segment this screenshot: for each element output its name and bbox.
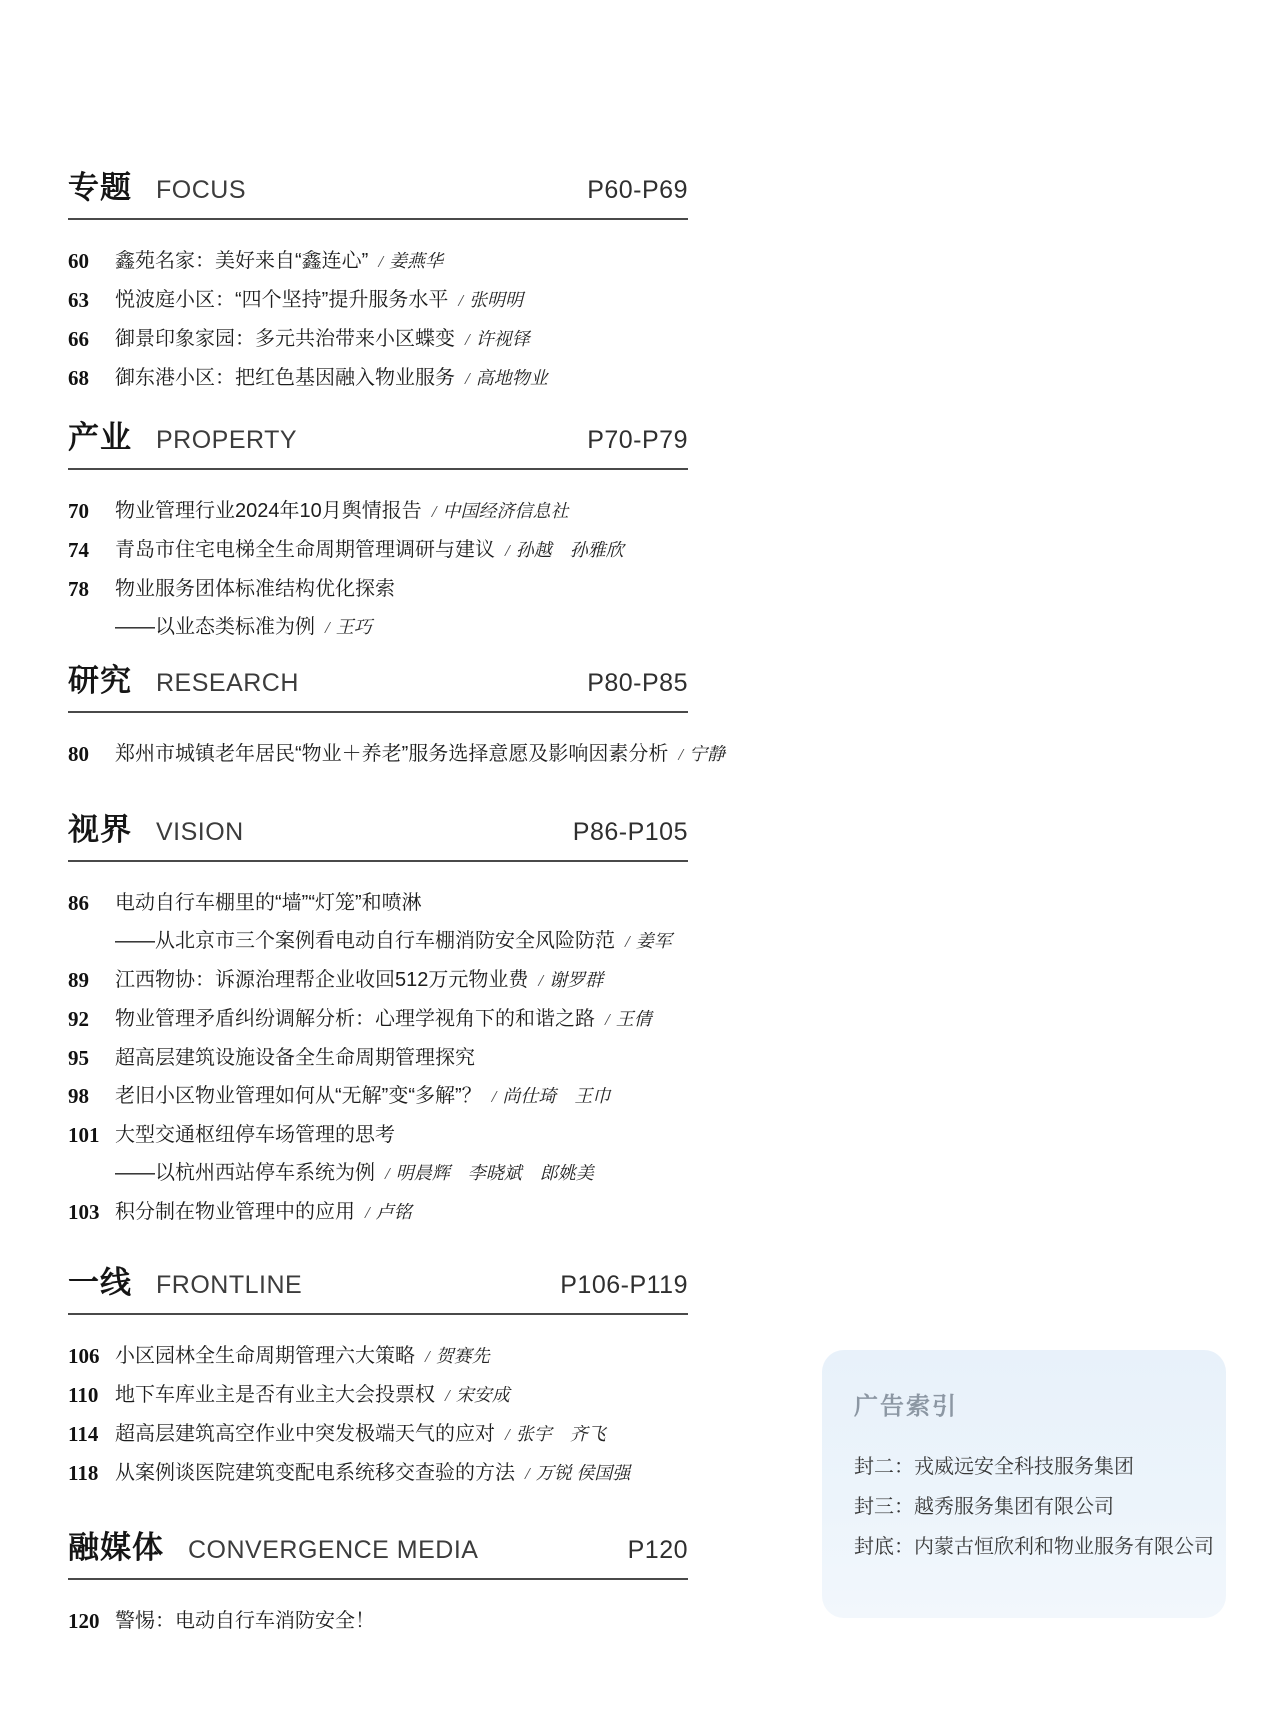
article-title-line: 警惕：电动自行车消防安全！ bbox=[115, 1602, 688, 1640]
toc-item-body: 电动自行车棚里的“墙”“灯笼”和喷淋——从北京市三个案例看电动自行车棚消防安全风… bbox=[115, 884, 688, 961]
section-title-en: VISION bbox=[156, 818, 244, 847]
article-subtitle: ——从北京市三个案例看电动自行车棚消防安全风险防范 bbox=[115, 922, 615, 960]
article-title: 警惕：电动自行车消防安全！ bbox=[115, 1602, 375, 1640]
page-number: 106 bbox=[68, 1337, 115, 1375]
page-number: 98 bbox=[68, 1077, 115, 1115]
toc-item-body: 老旧小区物业管理如何从“无解”变“多解”？/尚仕琦 王巾 bbox=[115, 1077, 688, 1116]
section-items: 80郑州市城镇老年居民“物业＋养老”服务选择意愿及影响因素分析/宁静 bbox=[68, 713, 688, 774]
slash-separator: / bbox=[325, 609, 330, 647]
section-items: 106小区园林全生命周期管理六大策略/贺赛先110地下车库业主是否有业主大会投票… bbox=[68, 1315, 688, 1493]
toc-item-body: 大型交通枢纽停车场管理的思考——以杭州西站停车系统为例/明晨辉 李晓斌 郎姚美 bbox=[115, 1116, 688, 1193]
article-title-line: 小区园林全生命周期管理六大策略/贺赛先 bbox=[115, 1337, 688, 1376]
page-number: 63 bbox=[68, 281, 115, 319]
article-title-line: 地下车库业主是否有业主大会投票权/宋安成 bbox=[115, 1376, 688, 1415]
article-author: 孙越 孙雅欣 bbox=[516, 531, 624, 569]
ad-index-entry: 封三：越秀服务集团有限公司 bbox=[854, 1487, 1194, 1527]
section-items: 86电动自行车棚里的“墙”“灯笼”和喷淋——从北京市三个案例看电动自行车棚消防安… bbox=[68, 862, 688, 1232]
toc-item-body: 超高层建筑高空作业中突发极端天气的应对/张宇 齐飞 bbox=[115, 1415, 688, 1454]
page-number: 80 bbox=[68, 735, 115, 773]
article-title: 青岛市住宅电梯全生命周期管理调研与建议 bbox=[115, 531, 495, 569]
toc-item-body: 郑州市城镇老年居民“物业＋养老”服务选择意愿及影响因素分析/宁静 bbox=[115, 735, 688, 774]
section-title-zh: 一线 bbox=[68, 1265, 132, 1301]
section-page-range: P120 bbox=[628, 1536, 688, 1565]
article-title: 御东港小区：把红色基因融入物业服务 bbox=[115, 359, 455, 397]
article-title-line: 悦波庭小区：“四个坚持”提升服务水平/张明明 bbox=[115, 281, 688, 320]
article-author: 宁静 bbox=[689, 735, 725, 773]
slash-separator: / bbox=[505, 1416, 510, 1454]
article-title: 大型交通枢纽停车场管理的思考 bbox=[115, 1116, 395, 1154]
section-title-zh: 产业 bbox=[68, 420, 132, 456]
slash-separator: / bbox=[625, 923, 630, 961]
toc-item: 114超高层建筑高空作业中突发极端天气的应对/张宇 齐飞 bbox=[68, 1415, 688, 1454]
toc-item: 78物业服务团体标准结构优化探索——以业态类标准为例/王巧 bbox=[68, 570, 688, 647]
section-title-zh: 研究 bbox=[68, 663, 132, 699]
page-number: 68 bbox=[68, 359, 115, 397]
slash-separator: / bbox=[605, 1001, 610, 1039]
toc-item-body: 御景印象家园：多元共治带来小区蝶变/许视铎 bbox=[115, 320, 688, 359]
ad-index-panel: 广告索引 封二：戎威远安全科技服务集团封三：越秀服务集团有限公司封底：内蒙古恒欣… bbox=[822, 1350, 1226, 1618]
section-header: 融媒体CONVERGENCE MEDIAP120 bbox=[68, 1530, 688, 1580]
toc-item: 66御景印象家园：多元共治带来小区蝶变/许视铎 bbox=[68, 320, 688, 359]
article-author: 贺赛先 bbox=[436, 1337, 490, 1375]
article-title: 小区园林全生命周期管理六大策略 bbox=[115, 1337, 415, 1375]
article-author: 高地物业 bbox=[476, 359, 548, 397]
section-title-en: RESEARCH bbox=[156, 669, 299, 698]
section-items: 60鑫苑名家：美好来自“鑫连心”/姜燕华63悦波庭小区：“四个坚持”提升服务水平… bbox=[68, 220, 688, 398]
article-author: 中国经济信息社 bbox=[442, 492, 568, 530]
page-number: 120 bbox=[68, 1602, 115, 1640]
slash-separator: / bbox=[492, 1078, 497, 1116]
slash-separator: / bbox=[538, 962, 543, 1000]
section-page-range: P70-P79 bbox=[587, 426, 688, 455]
article-title: 物业服务团体标准结构优化探索 bbox=[115, 570, 395, 608]
page-number: 114 bbox=[68, 1415, 115, 1453]
slash-separator: / bbox=[365, 1194, 370, 1232]
page-number: 74 bbox=[68, 531, 115, 569]
article-title: 物业管理矛盾纠纷调解分析：心理学视角下的和谐之路 bbox=[115, 1000, 595, 1038]
toc-section-research: 研究RESEARCHP80-P8580郑州市城镇老年居民“物业＋养老”服务选择意… bbox=[68, 663, 688, 774]
page-number: 110 bbox=[68, 1376, 115, 1414]
article-title-line: 鑫苑名家：美好来自“鑫连心”/姜燕华 bbox=[115, 242, 688, 281]
article-title-line: 积分制在物业管理中的应用/卢铭 bbox=[115, 1193, 688, 1232]
page-number: 89 bbox=[68, 961, 115, 999]
article-subtitle-line: ——以业态类标准为例/王巧 bbox=[115, 608, 688, 647]
article-title-line: 从案例谈医院建筑变配电系统移交查验的方法/万锐 侯国强 bbox=[115, 1454, 688, 1493]
toc-item: 68御东港小区：把红色基因融入物业服务/高地物业 bbox=[68, 359, 688, 398]
article-author: 姜军 bbox=[636, 922, 672, 960]
slash-separator: / bbox=[425, 1338, 430, 1376]
article-author: 王巧 bbox=[336, 608, 372, 646]
article-title: 御景印象家园：多元共治带来小区蝶变 bbox=[115, 320, 455, 358]
article-title-line: 老旧小区物业管理如何从“无解”变“多解”？/尚仕琦 王巾 bbox=[115, 1077, 688, 1116]
toc-item: 86电动自行车棚里的“墙”“灯笼”和喷淋——从北京市三个案例看电动自行车棚消防安… bbox=[68, 884, 688, 961]
article-title-line: 大型交通枢纽停车场管理的思考 bbox=[115, 1116, 688, 1154]
toc-section-frontline: 一线FRONTLINEP106-P119106小区园林全生命周期管理六大策略/贺… bbox=[68, 1265, 688, 1493]
article-title-line: 物业管理行业2024年10月舆情报告/中国经济信息社 bbox=[115, 492, 688, 531]
section-header: 产业PROPERTYP70-P79 bbox=[68, 420, 688, 470]
section-items: 70物业管理行业2024年10月舆情报告/中国经济信息社74青岛市住宅电梯全生命… bbox=[68, 470, 688, 647]
toc-section-focus: 专题FOCUSP60-P6960鑫苑名家：美好来自“鑫连心”/姜燕华63悦波庭小… bbox=[68, 170, 688, 398]
slash-separator: / bbox=[465, 360, 470, 398]
slash-separator: / bbox=[505, 532, 510, 570]
toc-section-property: 产业PROPERTYP70-P7970物业管理行业2024年10月舆情报告/中国… bbox=[68, 420, 688, 647]
section-items: 120警惕：电动自行车消防安全！ bbox=[68, 1580, 688, 1640]
toc-item-body: 江西物协：诉源治理帮企业收回512万元物业费/谢罗群 bbox=[115, 961, 688, 1000]
toc-item-body: 御东港小区：把红色基因融入物业服务/高地物业 bbox=[115, 359, 688, 398]
page-number: 101 bbox=[68, 1116, 115, 1154]
section-title-zh: 专题 bbox=[68, 170, 132, 206]
section-header: 专题FOCUSP60-P69 bbox=[68, 170, 688, 220]
article-subtitle-line: ——从北京市三个案例看电动自行车棚消防安全风险防范/姜军 bbox=[115, 922, 688, 961]
article-title: 悦波庭小区：“四个坚持”提升服务水平 bbox=[115, 281, 448, 319]
article-title-line: 御景印象家园：多元共治带来小区蝶变/许视铎 bbox=[115, 320, 688, 359]
ad-index-title: 广告索引 bbox=[854, 1386, 1194, 1421]
toc-item: 74青岛市住宅电梯全生命周期管理调研与建议/孙越 孙雅欣 bbox=[68, 531, 688, 570]
toc-item: 89江西物协：诉源治理帮企业收回512万元物业费/谢罗群 bbox=[68, 961, 688, 1000]
slash-separator: / bbox=[432, 493, 437, 531]
section-title-en: CONVERGENCE MEDIA bbox=[188, 1536, 478, 1565]
toc-section-vision: 视界VISIONP86-P10586电动自行车棚里的“墙”“灯笼”和喷淋——从北… bbox=[68, 812, 688, 1232]
section-title-en: PROPERTY bbox=[156, 426, 297, 455]
toc-item-body: 警惕：电动自行车消防安全！ bbox=[115, 1602, 688, 1640]
ad-index-entries: 封二：戎威远安全科技服务集团封三：越秀服务集团有限公司封底：内蒙古恒欣利和物业服… bbox=[854, 1447, 1194, 1567]
toc-item-body: 从案例谈医院建筑变配电系统移交查验的方法/万锐 侯国强 bbox=[115, 1454, 688, 1493]
article-title: 地下车库业主是否有业主大会投票权 bbox=[115, 1376, 435, 1414]
article-author: 许视铎 bbox=[476, 320, 530, 358]
toc-item: 92物业管理矛盾纠纷调解分析：心理学视角下的和谐之路/王倩 bbox=[68, 1000, 688, 1039]
article-author: 尚仕琦 王巾 bbox=[502, 1077, 610, 1115]
toc-section-media: 融媒体CONVERGENCE MEDIAP120120警惕：电动自行车消防安全！ bbox=[68, 1530, 688, 1640]
toc-item-body: 物业服务团体标准结构优化探索——以业态类标准为例/王巧 bbox=[115, 570, 688, 647]
toc-item: 63悦波庭小区：“四个坚持”提升服务水平/张明明 bbox=[68, 281, 688, 320]
article-author: 张明明 bbox=[469, 281, 523, 319]
toc-item: 70物业管理行业2024年10月舆情报告/中国经济信息社 bbox=[68, 492, 688, 531]
toc-item-body: 地下车库业主是否有业主大会投票权/宋安成 bbox=[115, 1376, 688, 1415]
article-title: 超高层建筑高空作业中突发极端天气的应对 bbox=[115, 1415, 495, 1453]
toc-item-body: 物业管理矛盾纠纷调解分析：心理学视角下的和谐之路/王倩 bbox=[115, 1000, 688, 1039]
slash-separator: / bbox=[678, 736, 683, 774]
article-title: 鑫苑名家：美好来自“鑫连心” bbox=[115, 242, 368, 280]
article-title: 郑州市城镇老年居民“物业＋养老”服务选择意愿及影响因素分析 bbox=[115, 735, 668, 773]
toc-item: 101大型交通枢纽停车场管理的思考——以杭州西站停车系统为例/明晨辉 李晓斌 郎… bbox=[68, 1116, 688, 1193]
article-title: 物业管理行业2024年10月舆情报告 bbox=[115, 492, 422, 530]
article-author: 王倩 bbox=[616, 1000, 652, 1038]
page-number: 92 bbox=[68, 1000, 115, 1038]
slash-separator: / bbox=[458, 282, 463, 320]
article-subtitle-line: ——以杭州西站停车系统为例/明晨辉 李晓斌 郎姚美 bbox=[115, 1154, 688, 1193]
section-title-zh: 视界 bbox=[68, 812, 132, 848]
page-number: 70 bbox=[68, 492, 115, 530]
toc-item-body: 青岛市住宅电梯全生命周期管理调研与建议/孙越 孙雅欣 bbox=[115, 531, 688, 570]
article-author: 宋安成 bbox=[456, 1376, 510, 1414]
page-number: 78 bbox=[68, 570, 115, 608]
section-header: 一线FRONTLINEP106-P119 bbox=[68, 1265, 688, 1315]
toc-item: 95超高层建筑设施设备全生命周期管理探究 bbox=[68, 1039, 688, 1077]
toc-item: 118从案例谈医院建筑变配电系统移交查验的方法/万锐 侯国强 bbox=[68, 1454, 688, 1493]
article-title: 电动自行车棚里的“墙”“灯笼”和喷淋 bbox=[115, 884, 422, 922]
article-title: 积分制在物业管理中的应用 bbox=[115, 1193, 355, 1231]
section-page-range: P106-P119 bbox=[560, 1271, 688, 1300]
slash-separator: / bbox=[385, 1155, 390, 1193]
section-title-en: FOCUS bbox=[156, 176, 246, 205]
page-number: 95 bbox=[68, 1039, 115, 1077]
section-header: 视界VISIONP86-P105 bbox=[68, 812, 688, 862]
toc-item: 98老旧小区物业管理如何从“无解”变“多解”？/尚仕琦 王巾 bbox=[68, 1077, 688, 1116]
ad-index-entry: 封二：戎威远安全科技服务集团 bbox=[854, 1447, 1194, 1487]
article-title: 从案例谈医院建筑变配电系统移交查验的方法 bbox=[115, 1454, 515, 1492]
article-title-line: 超高层建筑设施设备全生命周期管理探究 bbox=[115, 1039, 688, 1077]
article-author: 谢罗群 bbox=[549, 961, 603, 999]
section-page-range: P86-P105 bbox=[573, 818, 688, 847]
section-title-en: FRONTLINE bbox=[156, 1271, 302, 1300]
article-subtitle: ——以业态类标准为例 bbox=[115, 608, 315, 646]
toc-item-body: 悦波庭小区：“四个坚持”提升服务水平/张明明 bbox=[115, 281, 688, 320]
page-number: 86 bbox=[68, 884, 115, 922]
toc-item-body: 超高层建筑设施设备全生命周期管理探究 bbox=[115, 1039, 688, 1077]
article-title-line: 物业管理矛盾纠纷调解分析：心理学视角下的和谐之路/王倩 bbox=[115, 1000, 688, 1039]
article-title-line: 郑州市城镇老年居民“物业＋养老”服务选择意愿及影响因素分析/宁静 bbox=[115, 735, 688, 774]
toc-item-body: 鑫苑名家：美好来自“鑫连心”/姜燕华 bbox=[115, 242, 688, 281]
toc-item-body: 物业管理行业2024年10月舆情报告/中国经济信息社 bbox=[115, 492, 688, 531]
slash-separator: / bbox=[378, 243, 383, 281]
page-number: 103 bbox=[68, 1193, 115, 1231]
toc-item: 110地下车库业主是否有业主大会投票权/宋安成 bbox=[68, 1376, 688, 1415]
article-author: 万锐 侯国强 bbox=[536, 1454, 631, 1492]
article-title-line: 电动自行车棚里的“墙”“灯笼”和喷淋 bbox=[115, 884, 688, 922]
toc-item-body: 积分制在物业管理中的应用/卢铭 bbox=[115, 1193, 688, 1232]
article-title-line: 青岛市住宅电梯全生命周期管理调研与建议/孙越 孙雅欣 bbox=[115, 531, 688, 570]
article-author: 姜燕华 bbox=[389, 242, 443, 280]
page-number: 118 bbox=[68, 1454, 115, 1492]
toc-item: 60鑫苑名家：美好来自“鑫连心”/姜燕华 bbox=[68, 242, 688, 281]
toc-item: 120警惕：电动自行车消防安全！ bbox=[68, 1602, 688, 1640]
toc-item: 106小区园林全生命周期管理六大策略/贺赛先 bbox=[68, 1337, 688, 1376]
section-page-range: P60-P69 bbox=[587, 176, 688, 205]
ad-index-entry: 封底：内蒙古恒欣利和物业服务有限公司 bbox=[854, 1527, 1194, 1567]
article-author: 卢铭 bbox=[376, 1193, 412, 1231]
slash-separator: / bbox=[465, 321, 470, 359]
article-title: 老旧小区物业管理如何从“无解”变“多解”？ bbox=[115, 1077, 482, 1115]
toc-item-body: 小区园林全生命周期管理六大策略/贺赛先 bbox=[115, 1337, 688, 1376]
article-title-line: 物业服务团体标准结构优化探索 bbox=[115, 570, 688, 608]
section-page-range: P80-P85 bbox=[587, 669, 688, 698]
article-title-line: 超高层建筑高空作业中突发极端天气的应对/张宇 齐飞 bbox=[115, 1415, 688, 1454]
section-title-zh: 融媒体 bbox=[68, 1530, 164, 1566]
article-title-line: 江西物协：诉源治理帮企业收回512万元物业费/谢罗群 bbox=[115, 961, 688, 1000]
article-title: 江西物协：诉源治理帮企业收回512万元物业费 bbox=[115, 961, 528, 999]
section-header: 研究RESEARCHP80-P85 bbox=[68, 663, 688, 713]
slash-separator: / bbox=[445, 1377, 450, 1415]
toc-item: 103积分制在物业管理中的应用/卢铭 bbox=[68, 1193, 688, 1232]
article-author: 明晨辉 李晓斌 郎姚美 bbox=[396, 1154, 594, 1192]
page-number: 66 bbox=[68, 320, 115, 358]
article-title: 超高层建筑设施设备全生命周期管理探究 bbox=[115, 1039, 475, 1077]
article-title-line: 御东港小区：把红色基因融入物业服务/高地物业 bbox=[115, 359, 688, 398]
slash-separator: / bbox=[525, 1455, 530, 1493]
toc-item: 80郑州市城镇老年居民“物业＋养老”服务选择意愿及影响因素分析/宁静 bbox=[68, 735, 688, 774]
article-subtitle: ——以杭州西站停车系统为例 bbox=[115, 1154, 375, 1192]
page-number: 60 bbox=[68, 242, 115, 280]
article-author: 张宇 齐飞 bbox=[516, 1415, 606, 1453]
